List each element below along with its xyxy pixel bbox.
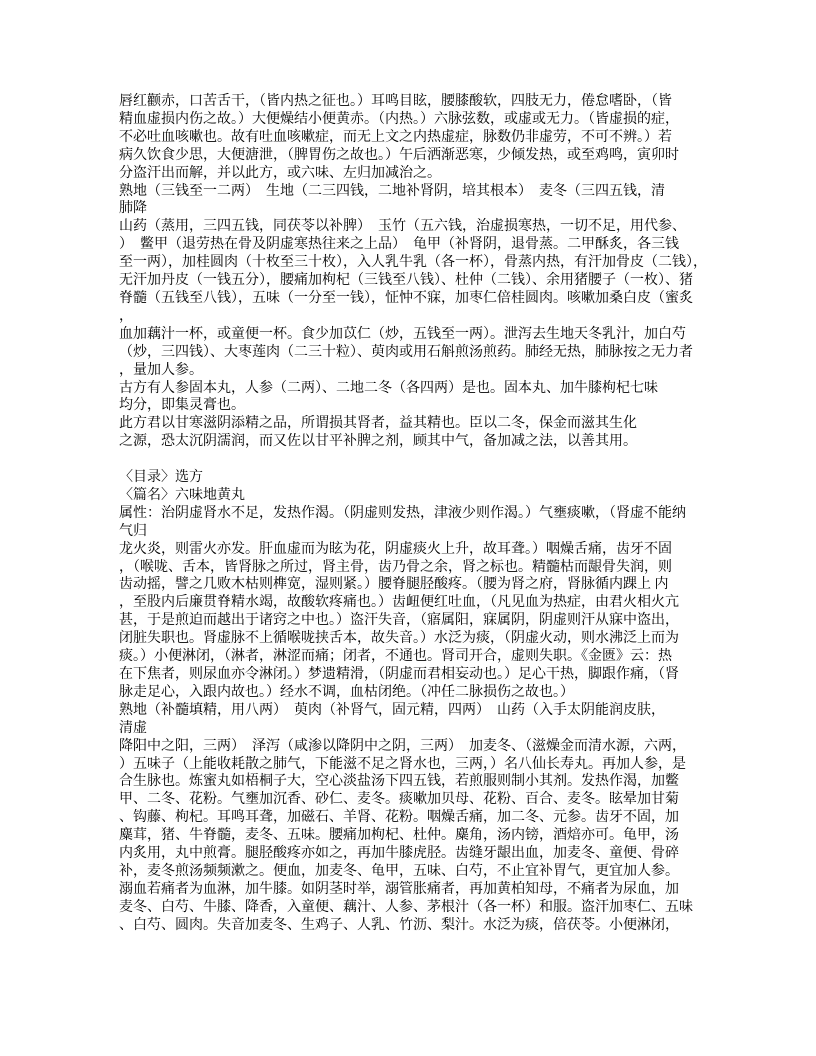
text-line xyxy=(119,451,704,469)
document-page: 唇红颧赤，口苦舌干，（皆内热之征也。）耳鸣目眩，腰膝酸软，四肢无力，倦怠嗜卧，（… xyxy=(0,0,816,1056)
text-line: 、钩藤、枸杞。耳鸣耳聋，加磁石、羊肾、花粉。咽燥舌痛，加二冬、元参。齿牙不固，加 xyxy=(119,809,704,827)
text-line: ， xyxy=(119,308,704,326)
text-line: 麦冬、白芍、牛膝、降香，入童便、藕汁、人参、茅根汁（各一杯）和服。盗汗加枣仁、五… xyxy=(119,899,704,917)
text-line: 分盗汗出而解，并以此方，或六味、左归加减治之。 xyxy=(119,165,704,183)
text-line: 闭脏失职也。肾虚脉不上循喉咙挟舌本，故失音。）水泛为痰，（阴虚火动，则水沸泛上而… xyxy=(119,630,704,648)
text-line: 均分，即集灵膏也。 xyxy=(119,397,704,415)
text-line: 〈目录〉选方 xyxy=(119,469,704,487)
text-line: ，（喉咙、舌本，皆肾脉之所过，肾主骨，齿乃骨之余，肾之标也。精髓枯而龈骨失润，则 xyxy=(119,559,704,577)
text-line: 龙火炎，则雷火亦发。肝血虚而为眩为花，阴虚痰火上升，故耳聋。）咽燥舌痛，齿牙不固 xyxy=(119,541,704,559)
text-line: 齿动摇，譬之几败木枯则榫宽，湿则紧。）腰脊腿胫酸疼。（腰为肾之府，肾脉循内踝上 … xyxy=(119,576,704,594)
text-line: ） 鳖甲（退劳热在骨及阴虚寒热往来之上品） 龟甲（补肾阴，退骨蒸。二甲酥炙，各三… xyxy=(119,236,704,254)
text-line: 之源，恐太沉阴濡润，而又佐以甘平补脾之剂，顾其中气，备加减之法，以善其用。 xyxy=(119,433,704,451)
text-line: 山药（蒸用，三四五钱，同茯苓以补脾） 玉竹（五六钱，治虚损寒热，一切不足，用代参… xyxy=(119,218,704,236)
text-line: 熟地（三钱至一二两） 生地（二三四钱，二地补肾阴，培其根本） 麦冬（三四五钱，清 xyxy=(119,183,704,201)
text-line: 病久饮食少思，大便溏泄，（脾胃伤之故也。）午后洒渐恶寒，少倾发热，或至鸡鸣，寅卯… xyxy=(119,147,704,165)
text-line: ）五味子（上能收耗散之肺气，下能滋不足之肾水也，三两，）名八仙长寿丸。再加人参，… xyxy=(119,756,704,774)
text-line: 无汗加丹皮（一钱五分），腰痛加枸杞（三钱至八钱）、杜仲（二钱）、余用猪腰子（一枚… xyxy=(119,272,704,290)
text-line: 熟地（补髓填精，用八两） 萸肉（补肾气，固元精，四两） 山药（入手太阴能润皮肤， xyxy=(119,702,704,720)
text-line: 补，麦冬煎汤频频漱之。便血，加麦冬、龟甲，五味、白芍，不止宜补胃气，更宜加人参。 xyxy=(119,863,704,881)
text-line: 精血虚损内伤之故。）大便燥结小便黄赤。（内热。）六脉弦数，或虚或无力。（皆虚损的… xyxy=(119,111,704,129)
text-line: 甚，于是煎迫而越出于诸窍之中也。）盗汗失音，（寤属阳，寐属阴，阴虚则汗从寐中盗出… xyxy=(119,612,704,630)
text-line: 麋茸，猪、牛脊髓，麦冬、五味。腰痛加枸杞、杜仲。麋角，汤内镑，酒焙亦可。龟甲，汤 xyxy=(119,827,704,845)
text-line: 脊髓（五钱至八钱），五味（一分至一钱），怔忡不寐，加枣仁倍桂圆肉。咳嗽加桑白皮（… xyxy=(119,290,704,308)
text-line: 在下焦者，则尿血亦令淋闭。）梦遗精滑，（阴虚而君相妄动也。）足心干热，脚跟作痛，… xyxy=(119,666,704,684)
text-line: 〈篇名〉六味地黄丸 xyxy=(119,487,704,505)
text-line: 此方君以甘寒滋阴添精之品，所谓损其肾者，益其精也。臣以二冬，保金而滋其生化 xyxy=(119,415,704,433)
document-text: 唇红颧赤，口苦舌干，（皆内热之征也。）耳鸣目眩，腰膝酸软，四肢无力，倦怠嗜卧，（… xyxy=(119,93,704,935)
text-line: 气归 xyxy=(119,523,704,541)
text-line: （炒，三四钱）、大枣莲肉（二三十粒）、萸肉或用石斛煎汤煎药。肺经无热，肺脉按之无… xyxy=(119,344,704,362)
text-line: 溺血若痛者为血淋，加牛膝。如阴茎时举，溺管胀痛者，再加黄柏知母，不痛者为尿血，加 xyxy=(119,881,704,899)
text-line: 降阳中之阳，三两） 泽泻（咸渗以降阴中之阴，三两） 加麦冬、（滋燥金而清水源，六… xyxy=(119,738,704,756)
text-line: 不必吐血咳嗽也。故有吐血咳嗽症，而无上文之内热虚症，脉数仍非虚劳，不可不辨。）若 xyxy=(119,129,704,147)
text-line: 属性：治阴虚肾水不足，发热作渴。（阴虚则发热，津液少则作渴。）气壅痰嗽，（肾虚不… xyxy=(119,505,704,523)
text-line: 、白芍、圆肉。失音加麦冬、生鸡子、人乳、竹沥、梨汁。水泛为痰，倍茯苓。小便淋闭， xyxy=(119,917,704,935)
text-line: 肺降 xyxy=(119,200,704,218)
text-line: 合生脉也。炼蜜丸如梧桐子大，空心淡盐汤下四五钱，若煎服则制小其剂。发热作渴，加鳖 xyxy=(119,773,704,791)
text-line: 清虚 xyxy=(119,720,704,738)
text-line: 至一两），加桂圆肉（十枚至三十枚），入人乳牛乳（各一杯），骨蒸内热，有汗加骨皮（… xyxy=(119,254,704,272)
text-line: ，量加人参。 xyxy=(119,362,704,380)
text-line: 脉走足心，入跟内故也。）经水不调，血枯闭绝。（冲任二脉损伤之故也。） xyxy=(119,684,704,702)
text-line: 唇红颧赤，口苦舌干，（皆内热之征也。）耳鸣目眩，腰膝酸软，四肢无力，倦怠嗜卧，（… xyxy=(119,93,704,111)
text-line: 内炙用，丸中煎膏。腿胫酸疼亦如之，再加牛膝虎胫。齿缝牙龈出血，加麦冬、童便、骨碎 xyxy=(119,845,704,863)
text-line: 古方有人参固本丸，人参（二两）、二地二冬（各四两）是也。固本丸、加牛膝枸杞七味 xyxy=(119,380,704,398)
text-line: 血加藕汁一杯，或童便一杯。食少加苡仁（炒，五钱至一两）。泄泻去生地天冬乳汁，加白… xyxy=(119,326,704,344)
text-line: 甲、二冬、花粉。气壅加沉香、砂仁、麦冬。痰嗽加贝母、花粉、百合、麦冬。眩晕加甘菊 xyxy=(119,791,704,809)
text-line: 痰。）小便淋闭，（淋者，淋涩而痛；闭者，不通也。肾司开合，虚则失职。《金匮》云：… xyxy=(119,648,704,666)
text-line: ，至股内后廉贯脊精水竭，故酸软疼痛也。）齿衄便红吐血，（凡见血为热症，由君火相火… xyxy=(119,594,704,612)
